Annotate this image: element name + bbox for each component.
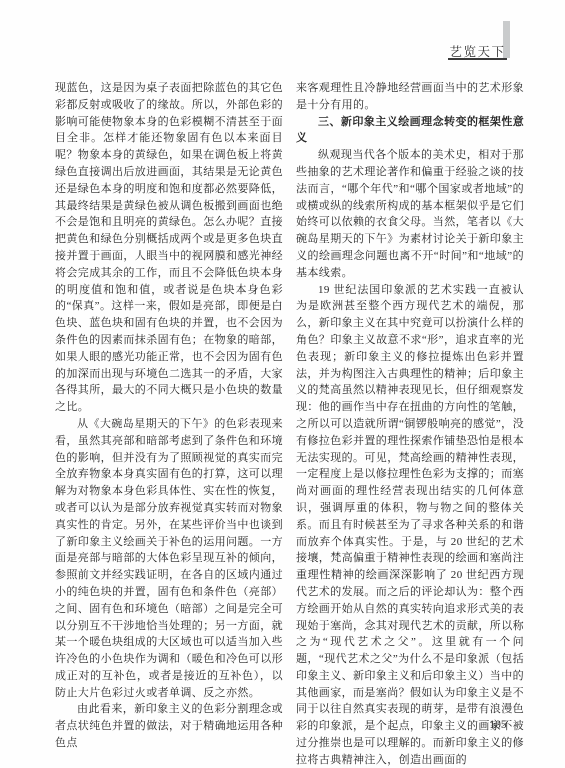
body-paragraph: 纵观现当代各个版本的美术史，相对于那些抽象的艺术理论著作和偏重于经验之谈的技法而… xyxy=(296,147,524,281)
text-column-right: 来客观理性且冷静地经营画面当中的艺术形象是十分有用的。 三、新印象主义绘画理念转… xyxy=(296,80,524,768)
section-heading: 三、新印象主义绘画理念转变的框架性意义 xyxy=(296,114,524,148)
body-paragraph: 来客观理性且冷静地经营画面当中的艺术形象是十分有用的。 xyxy=(296,80,524,114)
body-paragraph: 从《大碗岛星期天的下午》的色彩表现来看，虽然其亮部和暗部考虑到了条件色和环境色的… xyxy=(55,416,283,702)
article-body: 现蓝色，这是因为桌子表面把除蓝色的其它色彩都反射或吸收了的缘故。所以，外部色彩的… xyxy=(55,80,524,768)
header-underline-divider xyxy=(448,58,507,60)
body-paragraph: 现蓝色，这是因为桌子表面把除蓝色的其它色彩都反射或吸收了的缘故。所以，外部色彩的… xyxy=(55,80,283,416)
body-paragraph: 由此看来，新印象主义的色彩分割理念或者点状纯色并置的做法，对于精确地运用各种色点 xyxy=(55,701,283,751)
text-column-left: 现蓝色，这是因为桌子表面把除蓝色的其它色彩都反射或吸收了的缘故。所以，外部色彩的… xyxy=(55,80,283,768)
magazine-page: 艺览天下 现蓝色，这是因为桌子表面把除蓝色的其它色彩都反射或吸收了的缘故。所以，… xyxy=(0,0,565,768)
page-number: 105 xyxy=(478,719,518,731)
body-paragraph: 19 世纪法国印象派的艺术实践一直被认为是欧洲甚至整个西方现代艺术的端倪，那么，… xyxy=(296,282,524,768)
